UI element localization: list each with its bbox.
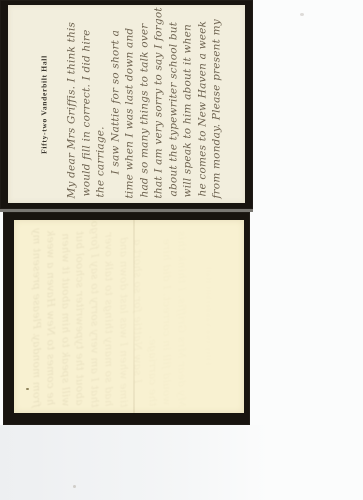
letter-line: will speak to him about it when: [180, 7, 195, 197]
bleedthrough-reading-area: Fifty-two Vanderbilt Hall My dear Mrs Gr…: [14, 220, 244, 413]
background-shadow: [0, 425, 270, 500]
letter-page-2-paper: Fifty-two Vanderbilt Hall My dear Mrs Gr…: [14, 220, 244, 413]
letter-line: about the typewriter school but: [72, 222, 87, 406]
letter-lines: My dear Mrs Griffis. I think thiswould f…: [48, 5, 224, 203]
letter-line: would fill in correct. I did hire: [79, 7, 94, 196]
letter-line: would fill in correct. I did hire: [159, 222, 174, 406]
paper-crease: [133, 220, 135, 413]
bleedthrough-lines: My dear Mrs Griffis. I think thiswould f…: [28, 220, 204, 413]
letter-page-1-photo: Fifty-two Vanderbilt Hall My dear Mrs Gr…: [0, 0, 253, 209]
letter-line: I saw Nattie for so short a: [108, 7, 123, 196]
letter-line: he comes to New Haven a week: [43, 222, 58, 406]
dirt-speck: [26, 388, 29, 391]
letter-line: I saw Nattie for so short a: [130, 222, 145, 406]
letter-line: that I am very sorry to say I forgot: [86, 222, 101, 408]
ink-bleedthrough: Fifty-two Vanderbilt Hall My dear Mrs Gr…: [14, 220, 244, 413]
background-smudge: [300, 13, 304, 16]
letter-line: will speak to him about it when: [57, 222, 72, 407]
letter-page-2-photo: Fifty-two Vanderbilt Hall My dear Mrs Gr…: [3, 212, 250, 426]
letter-page-1-reading-area: Fifty-two Vanderbilt Hall My dear Mrs Gr…: [8, 5, 245, 203]
letter-line: about the typewriter school but: [166, 7, 181, 196]
letter-line: he comes to New Haven a week: [195, 7, 210, 196]
letter-line: from monday. Please present my: [209, 7, 224, 198]
letter-line: from monday. Please present my: [28, 222, 43, 408]
letter-line: the carriage.: [93, 7, 108, 197]
bleedthrough-letterhead: Fifty-two Vanderbilt Hall: [204, 220, 244, 413]
letter-line: had so many things to talk over: [137, 7, 152, 197]
letter-line: the carriage.: [144, 222, 159, 407]
letter-page-1-paper: Fifty-two Vanderbilt Hall My dear Mrs Gr…: [8, 5, 245, 203]
letter-line: time when I was last down and: [122, 7, 137, 198]
background-smudge: [73, 485, 76, 488]
letter-line: time when I was last down and: [115, 222, 130, 408]
letter-line: My dear Mrs Griffis. I think this: [173, 222, 188, 408]
letter-line: that I am very sorry to say I forgot: [151, 7, 166, 198]
letter-line: My dear Mrs Griffis. I think this: [64, 7, 79, 198]
letterhead-text: Fifty-two Vanderbilt Hall: [8, 5, 48, 203]
letter-line: had so many things to talk over: [101, 222, 116, 407]
scan-background: Fifty-two Vanderbilt Hall My dear Mrs Gr…: [0, 0, 363, 500]
